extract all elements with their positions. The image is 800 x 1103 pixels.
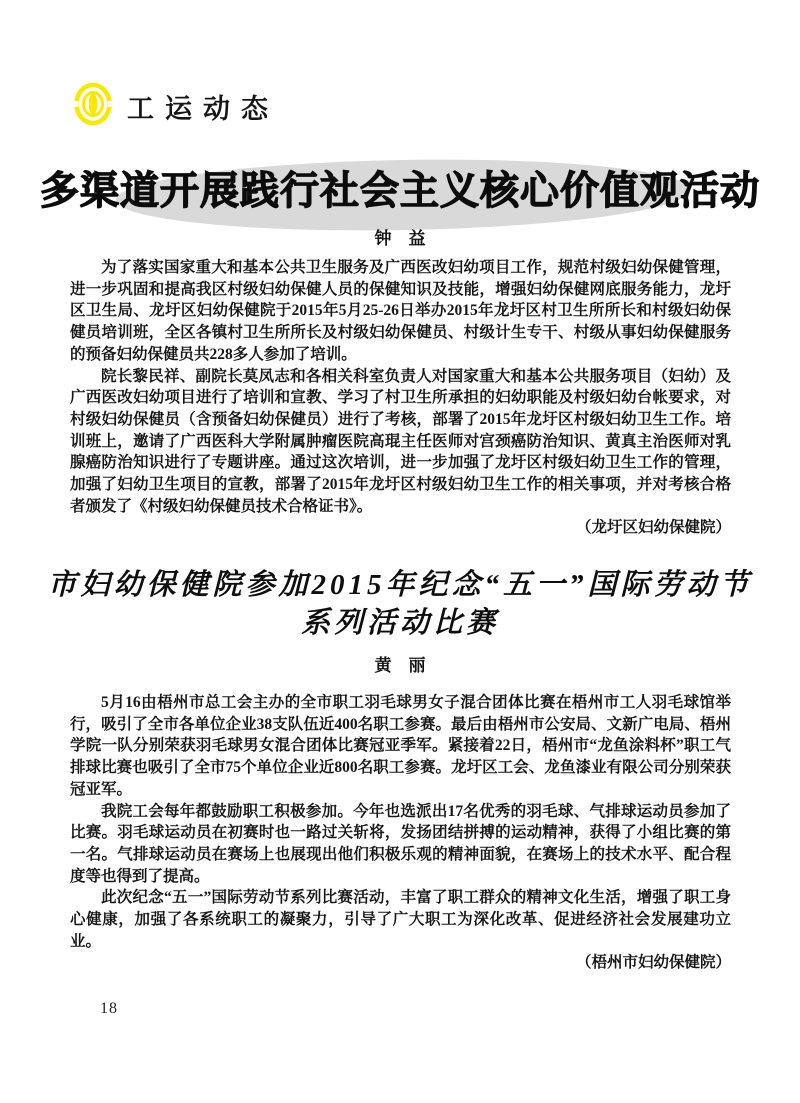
paragraph: 此次纪念“五一”国际劳动节系列比赛活动，丰富了职工群众的精神文化生活，增强了职工… [70, 887, 731, 952]
article2-title-line1: 市妇幼保健院参加2015年纪念“五一”国际劳动节 [0, 566, 800, 604]
document-page: 工运动态 多渠道开展践行社会主义核心价值观活动 钟 益 为了落实国家重大和基本公… [0, 0, 800, 1103]
article2-body: 5月16由梧州市总工会主办的全市职工羽毛球男女子混合团体比赛在梧州市工人羽毛球馆… [70, 692, 731, 974]
page-number: 18 [100, 1000, 118, 1018]
article2-attribution: （梧州市妇幼保健院） [70, 952, 731, 974]
union-logo-icon [73, 82, 113, 131]
article2-title-line2: 系列活动比赛 [0, 604, 800, 642]
masthead: 工运动态 [73, 82, 279, 131]
paragraph: 5月16由梧州市总工会主办的全市职工羽毛球男女子混合团体比赛在梧州市工人羽毛球馆… [70, 692, 731, 801]
masthead-title: 工运动态 [127, 87, 279, 126]
article2-title: 市妇幼保健院参加2015年纪念“五一”国际劳动节 系列活动比赛 [0, 566, 800, 642]
article1-attribution: （龙圩区妇幼保健院） [70, 517, 731, 539]
article1-title: 多渠道开展践行社会主义核心价值观活动 [40, 160, 760, 216]
article1-body: 为了落实国家重大和基本公共卫生服务及广西医改妇幼项目工作，规范村级妇幼保健管理，… [70, 257, 731, 539]
article1-author: 钟 益 [0, 224, 800, 249]
paragraph: 为了落实国家重大和基本公共卫生服务及广西医改妇幼项目工作，规范村级妇幼保健管理，… [70, 257, 731, 366]
paragraph: 我院工会每年都鼓励职工积极参加。今年也选派出17名优秀的羽毛球、气排球运动员参加… [70, 801, 731, 888]
paragraph: 院长黎民祥、副院长莫凤志和各相关科室负责人对国家重大和基本公共服务项目（妇幼）及… [70, 366, 731, 518]
article2-author: 黄 丽 [0, 651, 800, 676]
